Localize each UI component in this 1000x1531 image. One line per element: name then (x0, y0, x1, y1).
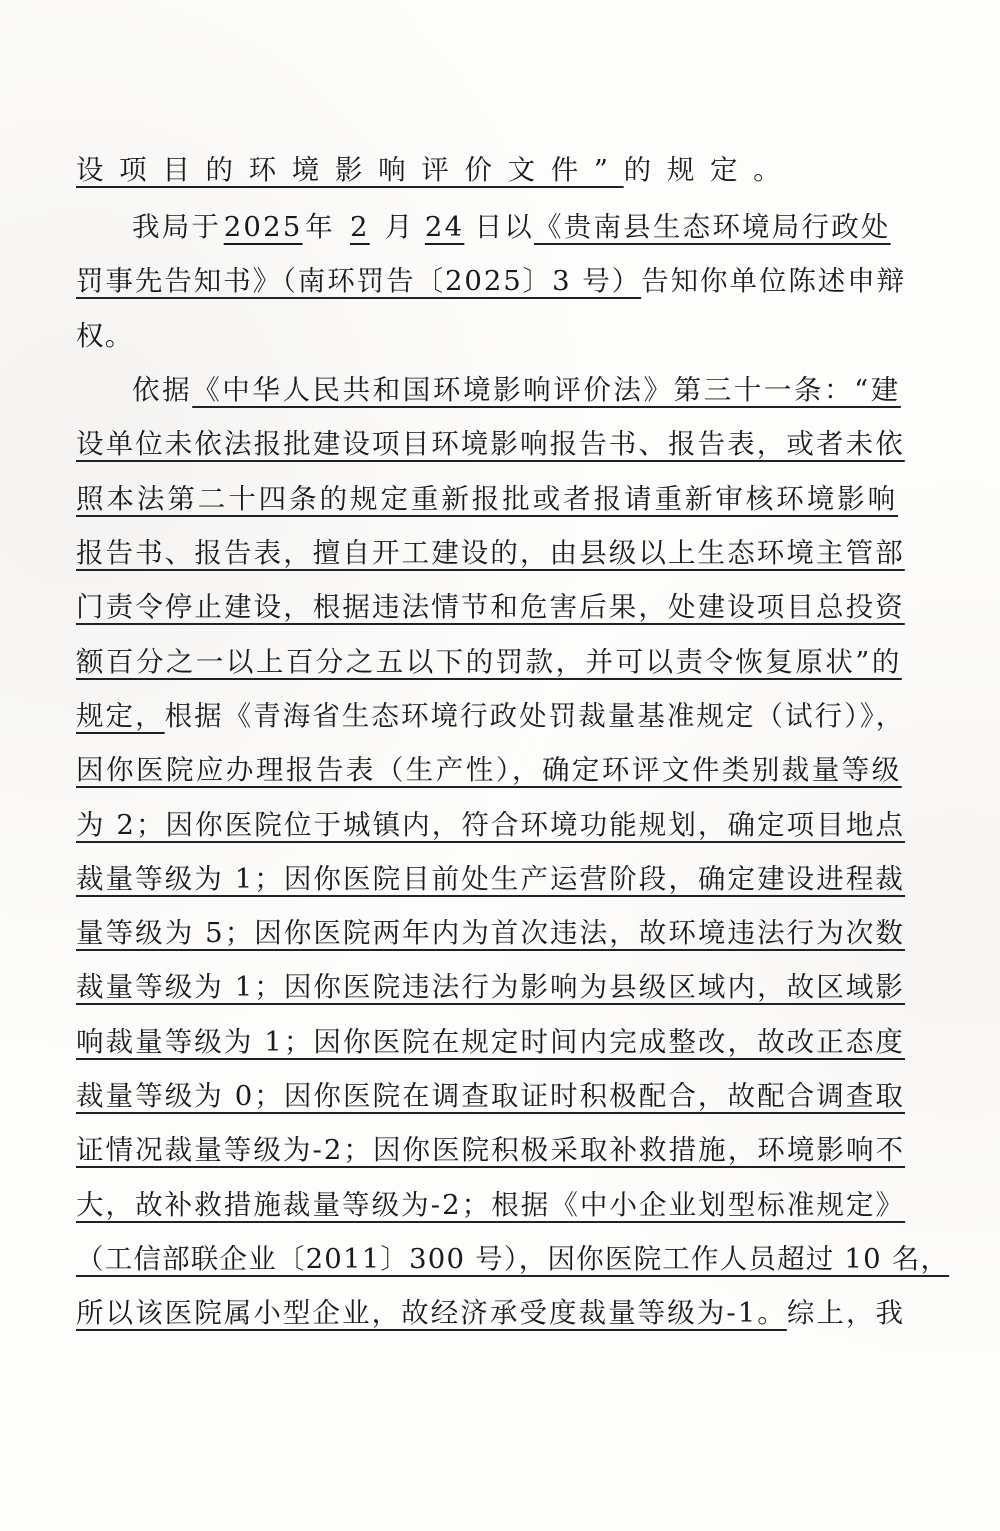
underlined-text: 门责令停止建设，根据违法情节和危害后果，处建设项目总投资 (76, 591, 905, 623)
text: 依据 (132, 374, 192, 406)
document-line: 响裁量等级为 1；因你医院在规定时间内完成整改，故改正态度 (76, 1022, 912, 1062)
day-blank: 24 (415, 207, 475, 247)
document-line: 裁量等级为 0；因你医院在调查取证时积极配合，故配合调查取 (76, 1076, 912, 1116)
document-line: 报告书、报告表，擅自开工建设的，由县级以上生态环境主管部 (76, 533, 912, 573)
document-line: 照本法第二十四条的规定重新报批或者报请重新审核环境影响 (76, 479, 912, 519)
underlined-text: 额百分之一以上百分之五以下的罚款，并可以责令恢复原状”的 (76, 646, 902, 678)
underlined-text: 量等级为 5；因你医院两年内为首次违法，故环境违法行为次数 (76, 917, 905, 949)
underlined-text: 照本法第二十四条的规定重新报批或者报请重新审核环境影响 (76, 483, 898, 515)
underlined-text: 裁量等级为 1；因你医院违法行为影响为县级区域内，故区域影 (76, 971, 905, 1003)
document-page: 设项目的环境影响评价文件”的规定。 我局于 2025 年 2 月 24 日以《贵… (0, 0, 1000, 1531)
document-line: 依据《中华人民共和国环境影响评价法》第三十一条：“建 (76, 370, 912, 410)
text: 我局于 (132, 211, 221, 243)
document-line: 裁量等级为 1；因你医院目前处生产运营阶段，确定建设进程裁 (76, 859, 912, 899)
document-line: 所以该医院属小型企业，故经济承受度裁量等级为-1。综上，我 (76, 1293, 912, 1333)
document-line: 设单位未依法报批建设项目环境影响报告书、报告表，或者未依 (76, 424, 912, 464)
underlined-text: 裁量等级为 1；因你医院目前处生产运营阶段，确定建设进程裁 (76, 863, 905, 895)
document-line: 因你医院应办理报告表（生产性），确定环评文件类别裁量等级 (76, 750, 912, 790)
document-line: 为 2；因你医院位于城镇内，符合环境功能规划，确定项目地点 (76, 805, 912, 845)
underlined-text: 设项目的环境影响评价文件” (76, 154, 624, 186)
document-line: 量等级为 5；因你医院两年内为首次违法，故环境违法行为次数 (76, 913, 912, 953)
document-line: 罚事先告知书》（南环罚告〔2025〕3 号）告知你单位陈述申辩 (76, 261, 912, 301)
underlined-text: 规定， (76, 700, 165, 732)
underlined-text: 报告书、报告表，擅自开工建设的，由县级以上生态环境主管部 (76, 537, 905, 569)
document-line: （工信部联企业〔2011〕300 号），因你医院工作人员超过 10 名， (76, 1239, 912, 1279)
document-line: 证情况裁量等级为-2；因你医院积极采取补救措施，环境影响不 (76, 1130, 912, 1170)
underlined-text: 《中华人民共和国环境影响评价法》第三十一条：“建 (192, 374, 901, 406)
text: 告知你单位陈述申辩 (641, 265, 906, 297)
year-blank: 2025 (221, 207, 305, 247)
text: 综上，我 (787, 1297, 905, 1329)
text: 日以 (475, 211, 534, 243)
document-line: 额百分之一以上百分之五以下的罚款，并可以责令恢复原状”的 (76, 642, 912, 682)
text: 月 (385, 211, 415, 243)
underlined-text: 所以该医院属小型企业，故经济承受度裁量等级为-1。 (76, 1297, 787, 1329)
document-line: 权。 (76, 316, 912, 356)
underlined-text: 大，故补救措施裁量等级为-2；根据《中小企业划型标准规定》 (76, 1189, 905, 1221)
text: 根据《青海省生态环境行政处罚裁量基准规定（试行）》， (165, 700, 906, 732)
document-line: 门责令停止建设，根据违法情节和危害后果，处建设项目总投资 (76, 587, 912, 627)
document-line: 裁量等级为 1；因你医院违法行为影响为县级区域内，故区域影 (76, 967, 912, 1007)
underlined-text: 为 2；因你医院位于城镇内，符合环境功能规划，确定项目地点 (76, 809, 905, 841)
document-line: 我局于 2025 年 2 月 24 日以《贵南县生态环境局行政处 (76, 207, 912, 247)
underlined-text: 设单位未依法报批建设项目环境影响报告书、报告表，或者未依 (76, 428, 905, 460)
text: 年 (305, 211, 335, 243)
text: 的规定。 (624, 154, 797, 186)
text: 权。 (76, 320, 133, 352)
month-blank: 2 (335, 207, 385, 247)
underlined-text: 《贵南县生态环境局行政处 (534, 211, 891, 243)
underlined-text: 罚事先告知书》（南环罚告〔2025〕3 号） (76, 265, 641, 297)
underlined-text: 裁量等级为 0；因你医院在调查取证时积极配合，故配合调查取 (76, 1080, 905, 1112)
document-line: 规定，根据《青海省生态环境行政处罚裁量基准规定（试行）》， (76, 696, 912, 736)
document-line: 大，故补救措施裁量等级为-2；根据《中小企业划型标准规定》 (76, 1185, 912, 1225)
underlined-text: （工信部联企业〔2011〕300 号），因你医院工作人员超过 10 名， (76, 1243, 949, 1275)
underlined-text: 因你医院应办理报告表（生产性），确定环评文件类别裁量等级 (76, 754, 902, 786)
underlined-text: 证情况裁量等级为-2；因你医院积极采取补救措施，环境影响不 (76, 1134, 905, 1166)
underlined-text: 响裁量等级为 1；因你医院在规定时间内完成整改，故改正态度 (76, 1026, 905, 1058)
document-line: 设项目的环境影响评价文件”的规定。 (76, 150, 912, 190)
